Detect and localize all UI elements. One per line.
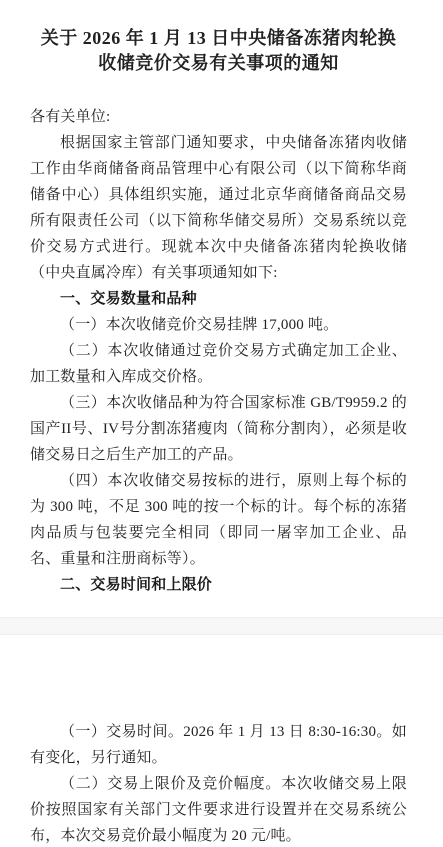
section-2-item-1: （一）交易时间。2026 年 1 月 13 日 8:30-16:30。如有变化，… (30, 719, 407, 771)
section-1-item-2: （二）本次收储通过竞价交易方式确定加工企业、加工数量和入库成交价格。 (30, 338, 407, 390)
page-break-divider (0, 617, 443, 635)
document-viewer: 关于 2026 年 1 月 13 日中央储备冻猪肉轮换收储竞价交易有关事项的通知… (0, 0, 443, 847)
section-2-item-2: （二）交易上限价及竞价幅度。本次收储交易上限价按照国家有关部门文件要求进行设置并… (30, 771, 407, 847)
salutation: 各有关单位: (30, 104, 407, 130)
section-1-item-1: （一）本次收储竞价交易挂牌 17,000 吨。 (30, 312, 407, 338)
intro-paragraph: 根据国家主管部门通知要求，中央储备冻猪肉收储工作由华商储备商品管理中心有限公司（… (30, 130, 407, 286)
section-1-heading: 一、交易数量和品种 (30, 286, 407, 312)
section-1-item-3: （三）本次收储品种为符合国家标准 GB/T9959.2 的国产II号、IV号分割… (30, 390, 407, 468)
document-page-1: 关于 2026 年 1 月 13 日中央储备冻猪肉轮换收储竞价交易有关事项的通知… (0, 0, 443, 617)
document-page-2: （一）交易时间。2026 年 1 月 13 日 8:30-16:30。如有变化，… (0, 635, 443, 847)
document-title: 关于 2026 年 1 月 13 日中央储备冻猪肉轮换收储竞价交易有关事项的通知 (33, 26, 405, 76)
section-2-heading: 二、交易时间和上限价 (30, 572, 407, 598)
section-1-item-4: （四）本次收储交易按标的进行，原则上每个标的为 300 吨，不足 300 吨的按… (30, 468, 407, 572)
